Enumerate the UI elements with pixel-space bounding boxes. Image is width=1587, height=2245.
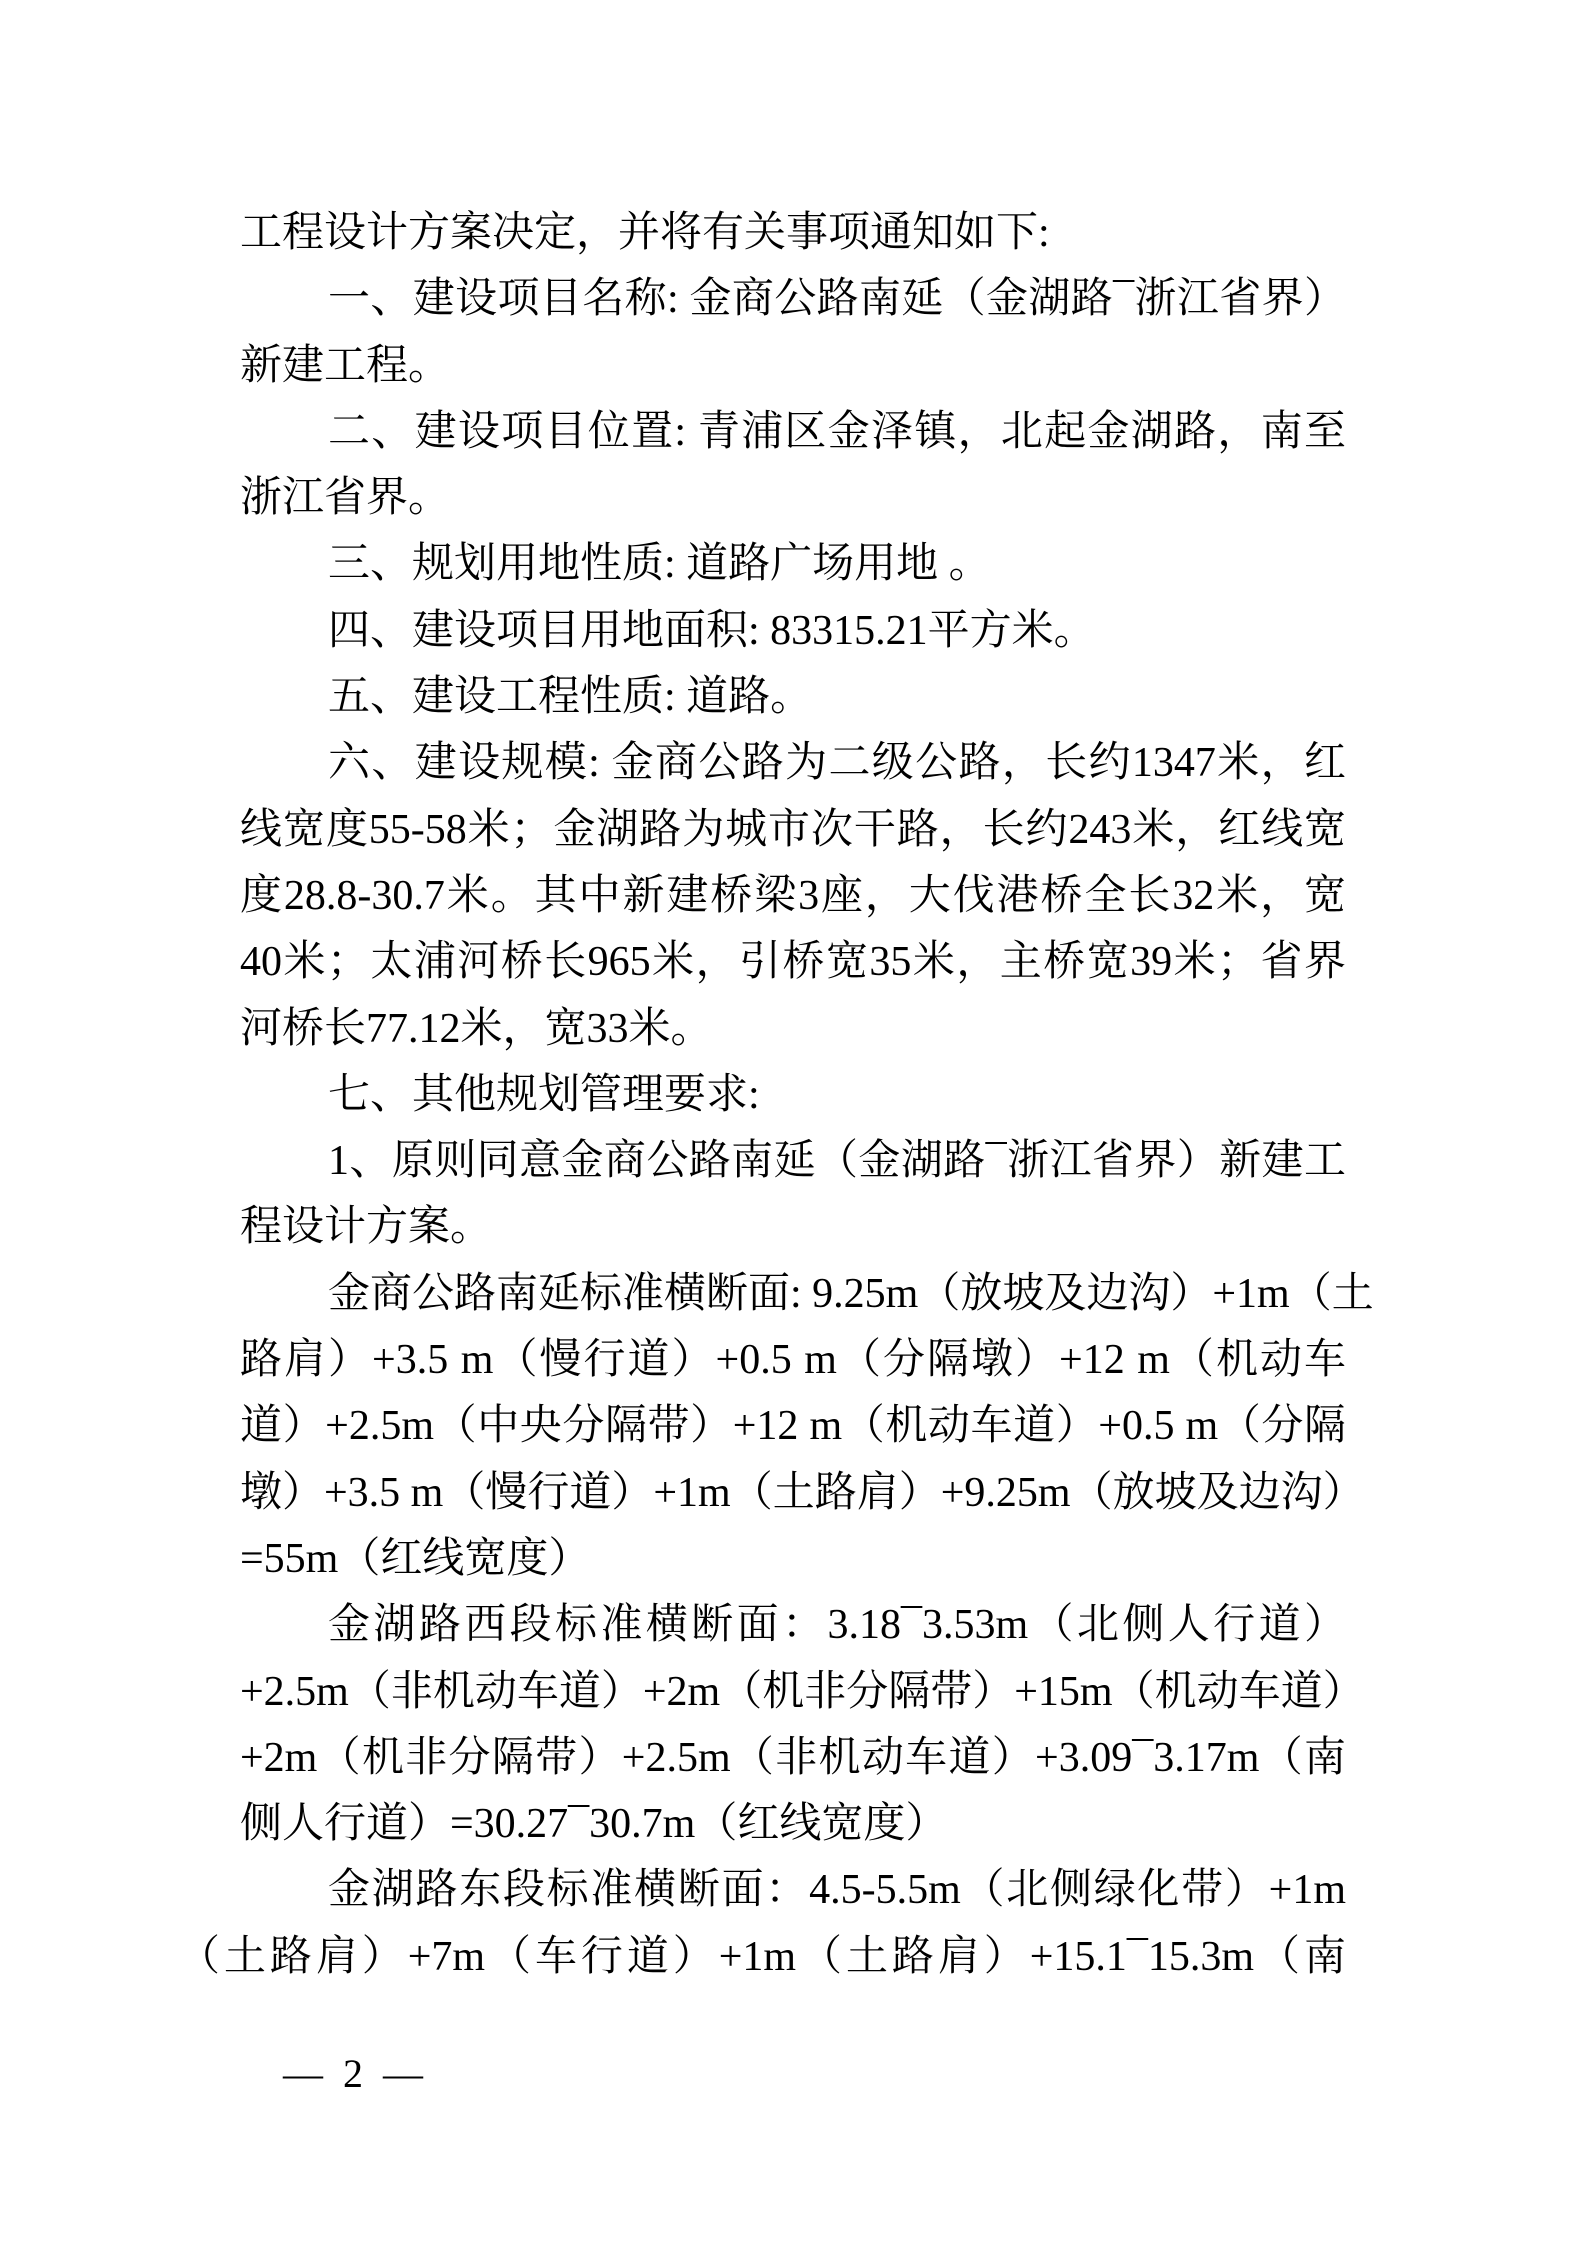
text-line: +2m（机非分隔带）+2.5m（非机动车道）+3.09¯3.17m（南 — [240, 1725, 1346, 1791]
text-line: 侧人行道）=30.27¯30.7m（红线宽度） — [240, 1791, 1346, 1857]
text-line: 金湖路东段标准横断面：4.5-5.5m（北侧绿化带）+1m — [240, 1857, 1346, 1923]
text-line: 金湖路西段标准横断面：3.18¯3.53m（北侧人行道） — [240, 1592, 1346, 1658]
text-line: 二、建设项目位置: 青浦区金泽镇，北起金湖路，南至 — [240, 399, 1346, 465]
text-line: =55m（红线宽度） — [240, 1526, 1346, 1592]
text-line: 40米；太浦河桥长965米，引桥宽35米，主桥宽39米；省界 — [240, 929, 1346, 995]
text-line: 工程设计方案决定，并将有关事项通知如下: — [240, 200, 1346, 266]
page-number: — 2 — — [283, 2052, 424, 2096]
text-line: 金商公路南延标准横断面: 9.25m（放坡及边沟）+1m（土 — [240, 1261, 1346, 1327]
text-line: 六、建设规模: 金商公路为二级公路，长约1347米，红 — [240, 730, 1346, 796]
text-line: 新建工程。 — [240, 333, 1346, 399]
text-line: 度28.8-30.7米。其中新建桥梁3座，大伐港桥全长32米，宽 — [240, 863, 1346, 929]
text-line: 程设计方案。 — [240, 1194, 1346, 1260]
text-line: （土路肩）+7m（车行道）+1m（土路肩）+15.1¯15.3m（南 — [178, 1924, 1346, 1990]
text-line: 五、建设工程性质: 道路。 — [240, 664, 1346, 730]
text-line: 1、原则同意金商公路南延（金湖路¯浙江省界）新建工 — [240, 1128, 1346, 1194]
document-page: 工程设计方案决定，并将有关事项通知如下:一、建设项目名称: 金商公路南延（金湖路… — [0, 0, 1587, 2245]
text-line: 七、其他规划管理要求: — [240, 1062, 1346, 1128]
text-line: 四、建设项目用地面积: 83315.21平方米。 — [240, 598, 1346, 664]
text-line: 河桥长77.12米，宽33米。 — [240, 996, 1346, 1062]
text-line: 浙江省界。 — [240, 465, 1346, 531]
text-line: 线宽度55-58米；金湖路为城市次干路，长约243米，红线宽 — [240, 797, 1346, 863]
text-line: 一、建设项目名称: 金商公路南延（金湖路¯浙江省界） — [240, 266, 1346, 332]
text-line: 道）+2.5m（中央分隔带）+12 m（机动车道）+0.5 m（分隔 — [240, 1393, 1346, 1459]
text-line: 路肩）+3.5 m（慢行道）+0.5 m（分隔墩）+12 m（机动车 — [240, 1327, 1346, 1393]
text-line: 墩）+3.5 m（慢行道）+1m（土路肩）+9.25m（放坡及边沟） — [240, 1460, 1346, 1526]
text-line: +2.5m（非机动车道）+2m（机非分隔带）+15m（机动车道） — [240, 1659, 1346, 1725]
document-body: 工程设计方案决定，并将有关事项通知如下:一、建设项目名称: 金商公路南延（金湖路… — [240, 200, 1346, 1990]
text-line: 三、规划用地性质: 道路广场用地 。 — [240, 531, 1346, 597]
